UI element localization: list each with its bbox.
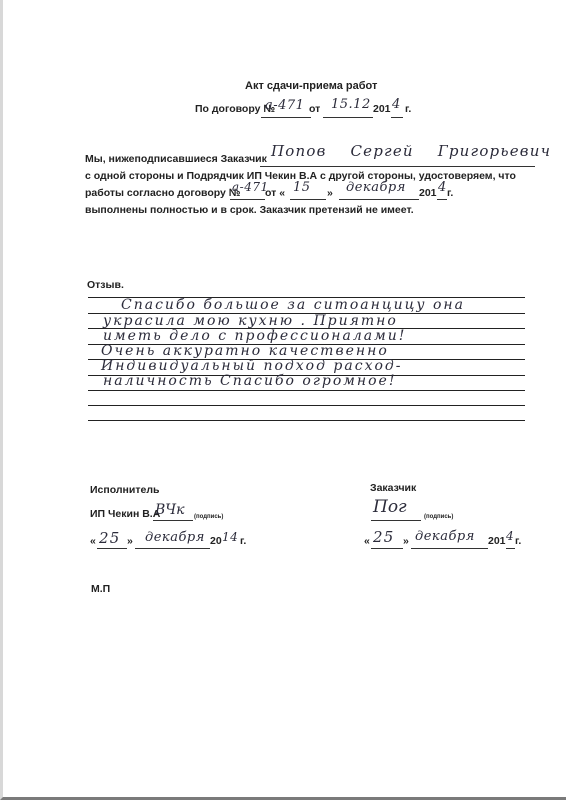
- customer-date-open-quote: «: [364, 535, 370, 547]
- customer-month-handwritten: декабря: [415, 529, 475, 544]
- body-contract-number-underline: [230, 199, 265, 200]
- customer-month-underline: [411, 548, 488, 549]
- body-line-1: Мы, нижеподписавшиеся Заказчик: [85, 153, 267, 165]
- customer-year-digit: 4: [506, 529, 514, 543]
- document-title: Акт сдачи-приема работ: [245, 80, 377, 92]
- review-label: Отзыв.: [87, 279, 124, 291]
- body-quote-close: »: [327, 187, 333, 199]
- scanned-page: Акт сдачи-приема работ По договору № а-4…: [0, 0, 566, 800]
- contractor-day-handwritten: 25: [99, 529, 121, 547]
- contract-date-handwritten: 15.12: [331, 97, 371, 112]
- review-text-line: украсила мою кухню . Приятно: [103, 313, 398, 329]
- customer-signature: Пог: [373, 497, 407, 517]
- review-rule: [88, 405, 525, 406]
- review-text-line: Очень аккуратно качественно: [101, 343, 389, 359]
- contract-year-digit: 4: [392, 97, 401, 112]
- contractor-year-suffix: г.: [240, 535, 246, 547]
- contractor-signature-caption: (подпись): [194, 514, 223, 520]
- contract-year-prefix: 201: [373, 103, 391, 115]
- body-contract-number-handwritten: а-471: [232, 180, 269, 194]
- contractor-date-open-quote: «: [90, 535, 96, 547]
- body-line-4: выполнены полностью и в срок. Заказчик п…: [85, 204, 414, 216]
- contractor-day-underline: [97, 548, 127, 549]
- customer-year-underline: [506, 548, 515, 549]
- contractor-year-prefix: 20: [210, 535, 222, 547]
- contract-date-underline: [323, 117, 373, 118]
- contract-number-handwritten: а-471: [265, 98, 304, 113]
- contractor-name: ИП Чекин В.А: [90, 508, 160, 520]
- review-rule: [88, 390, 525, 391]
- contract-prefix: По договору №: [195, 103, 275, 115]
- body-day-handwritten: 15: [293, 180, 311, 195]
- body-month-underline: [339, 199, 419, 200]
- contract-from-label: от: [309, 103, 320, 115]
- review-text-line: наличность Спасибо огромное!: [103, 373, 396, 389]
- body-line-3-prefix: работы согласно договору №: [85, 187, 241, 199]
- review-text-line: иметь дело с профессионалами!: [103, 328, 406, 344]
- contractor-month-underline: [135, 548, 210, 549]
- contractor-year-digit: 14: [222, 530, 238, 544]
- body-day-underline: [290, 199, 326, 200]
- contract-number-underline: [261, 117, 311, 118]
- customer-name-underline: [260, 166, 535, 167]
- customer-year-prefix: 201: [488, 535, 506, 547]
- review-text-line: Спасибо большое за ситоанцицу она: [121, 297, 465, 313]
- customer-date-close-quote: »: [403, 535, 409, 547]
- body-year-suffix: г.: [447, 187, 453, 199]
- customer-day-handwritten: 25: [373, 528, 395, 546]
- body-month-handwritten: декабря: [346, 180, 406, 195]
- review-text-line: Индивидуальный подход расход-: [101, 358, 403, 374]
- contractor-month-handwritten: декабря: [145, 530, 205, 545]
- body-year-underline: [437, 199, 447, 200]
- customer-signature-underline: [371, 520, 421, 521]
- body-year-digit: 4: [438, 180, 447, 195]
- customer-name-handwritten: Попов Сергей Григорьевич: [271, 142, 551, 160]
- body-year-prefix: 201: [419, 187, 437, 199]
- customer-year-suffix: г.: [515, 535, 521, 547]
- customer-signature-caption: (подпись): [424, 514, 453, 520]
- contract-year-underline: [391, 117, 403, 118]
- review-rule: [88, 420, 525, 421]
- stamp-place-label: М.П: [91, 583, 110, 595]
- contractor-date-close-quote: »: [127, 535, 133, 547]
- contractor-signature-underline: [153, 520, 193, 521]
- contractor-heading: Исполнитель: [90, 484, 159, 496]
- body-from-label: от «: [265, 187, 285, 199]
- customer-day-underline: [371, 548, 403, 549]
- contract-year-suffix: г.: [405, 103, 411, 115]
- customer-heading: Заказчик: [370, 482, 416, 494]
- contractor-signature: ВЧк: [155, 502, 184, 518]
